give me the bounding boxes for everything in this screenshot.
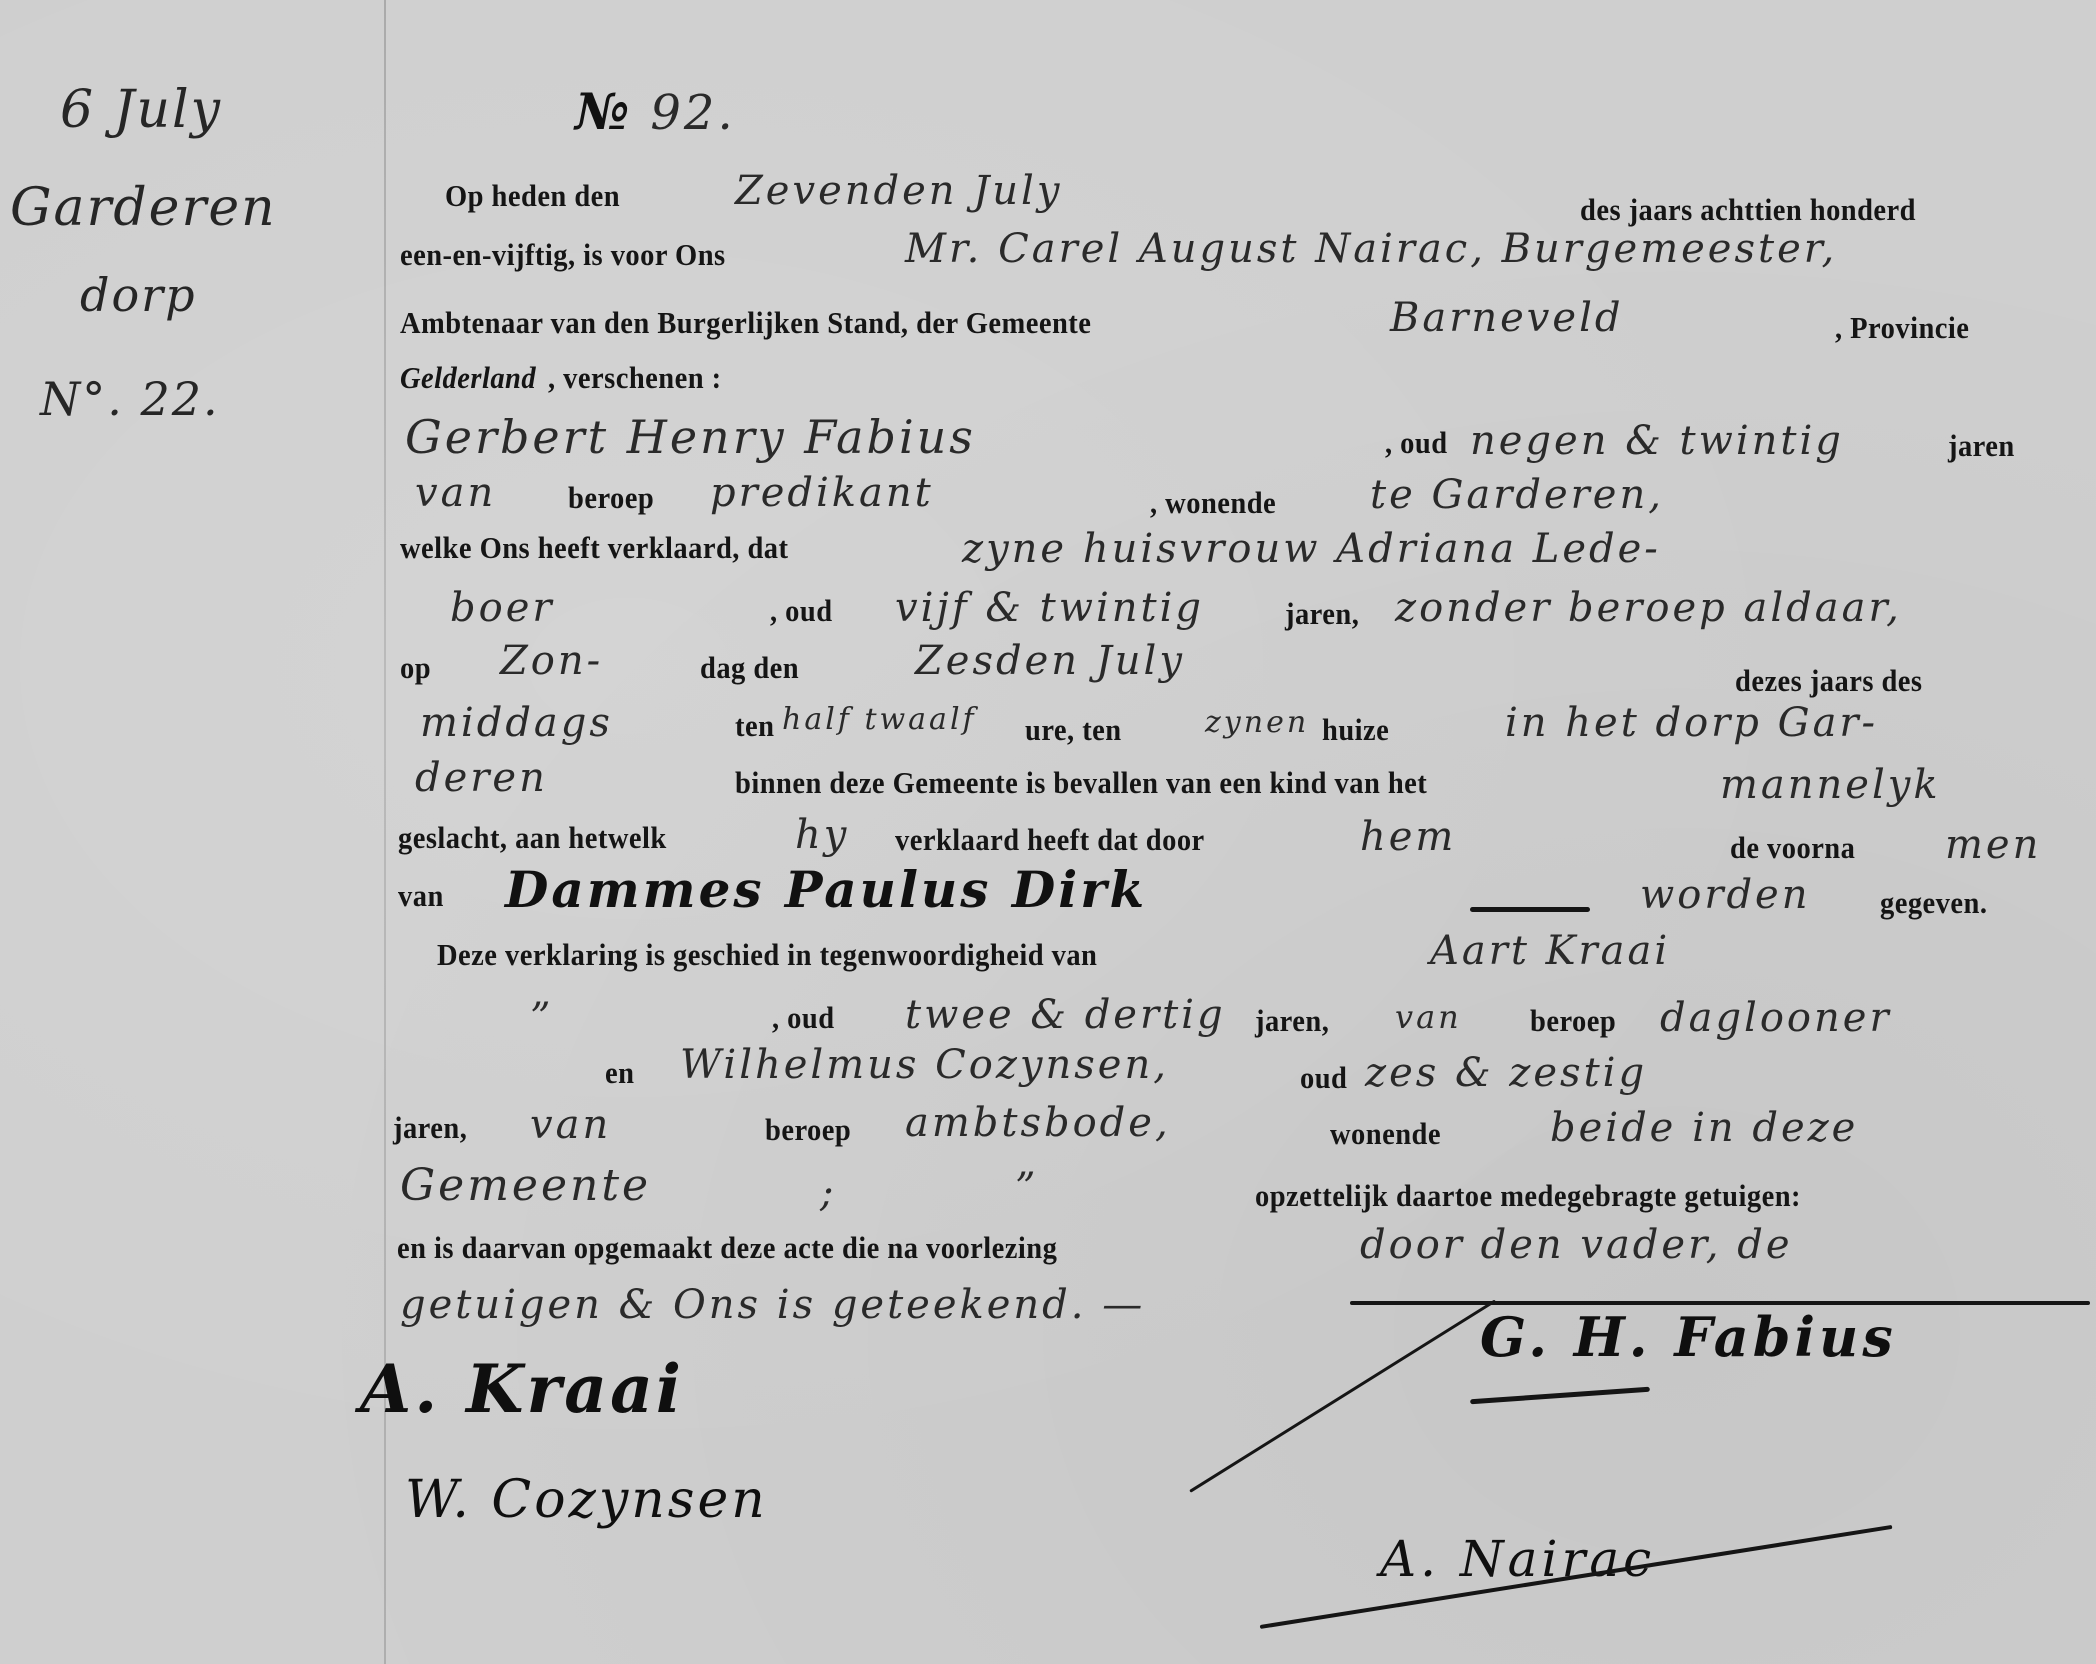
printed-text: dag den xyxy=(700,650,799,686)
hand-text: deren xyxy=(415,755,548,801)
hand-text: worden xyxy=(1640,872,1810,918)
hand-time-of-day: middags xyxy=(420,700,613,746)
hand-witness-1-age: twee & dertig xyxy=(905,992,1226,1038)
line-4: Gelderland, verschenen : xyxy=(400,360,737,396)
printed-text: huize xyxy=(1322,712,1389,748)
hand-birth-place: in het dorp Gar- xyxy=(1505,700,1878,746)
printed-text: binnen deze Gemeente is bevallen van een… xyxy=(735,765,1427,801)
printed-text: oud xyxy=(1300,1060,1347,1096)
signature-witness-2: W. Cozynsen xyxy=(405,1470,768,1530)
hand-weekday: Zon- xyxy=(500,638,603,684)
hand-text: van xyxy=(530,1102,611,1148)
printed-text: welke Ons heeft verklaard, dat xyxy=(400,530,788,566)
hand-witness-2-age: zes & zestig xyxy=(1365,1050,1647,1096)
line-1: Op heden den xyxy=(445,178,635,214)
hand-mother-occupation: zonder beroep aldaar, xyxy=(1395,585,1902,631)
hand-birth-date: Zesden July xyxy=(915,638,1185,684)
printed-text: jaren, xyxy=(1285,596,1359,632)
hand-text: boer xyxy=(450,585,554,631)
printed-text: geslacht, aan hetwelk xyxy=(398,820,667,856)
hand-father-name: Gerbert Henry Fabius xyxy=(405,410,976,464)
hand-text: van xyxy=(1395,998,1462,1036)
printed-text: , verschenen : xyxy=(548,360,722,396)
signature-registrar: A. Nairac xyxy=(1380,1530,1655,1588)
signature-flourish xyxy=(1470,1387,1650,1405)
margin-number: N°. 22. xyxy=(40,372,220,426)
printed-text: en xyxy=(605,1055,634,1091)
printed-text: ten xyxy=(735,708,774,744)
printed-text: de voorna xyxy=(1730,830,1855,866)
printed-text: op xyxy=(400,650,431,686)
printed-text: jaren, xyxy=(1255,1003,1329,1039)
margin-place-type: dorp xyxy=(80,268,197,322)
hand-ditto-mark: ” xyxy=(530,995,553,1041)
hand-profession: predikant xyxy=(710,470,934,516)
printed-text: wonende xyxy=(1330,1116,1441,1152)
printed-text: gegeven. xyxy=(1880,885,1987,921)
province-name: Gelderland xyxy=(400,360,536,396)
margin-place: Garderen xyxy=(10,178,277,238)
printed-text: , wonende xyxy=(1150,485,1276,521)
signature-flourish xyxy=(1189,1299,1496,1492)
printed-text: Ambtenaar van den Burgerlijken Stand, de… xyxy=(400,305,1091,341)
underline-stroke xyxy=(1470,907,1590,912)
printed-text: beroep xyxy=(568,480,654,516)
printed-text: , Provincie xyxy=(1835,310,1969,346)
hand-witness-2-profession: ambtsbode, xyxy=(905,1100,1171,1146)
printed-text: des jaars achttien honderd xyxy=(1580,192,1916,228)
hand-ditto-mark: ” xyxy=(1015,1165,1038,1211)
hand-text: Gemeente xyxy=(400,1160,651,1211)
printed-text: jaren, xyxy=(393,1110,467,1146)
hand-residence-witnesses: beide in deze xyxy=(1550,1105,1858,1151)
hand-sex: mannelyk xyxy=(1720,762,1941,808)
hand-text: van xyxy=(415,470,496,516)
hand-text: men xyxy=(1945,822,2041,868)
printed-text: van xyxy=(398,878,444,914)
printed-text: opzettelijk daartoe medegebragte getuige… xyxy=(1255,1178,1801,1214)
hand-signing-clause: door den vader, de xyxy=(1360,1222,1793,1268)
birth-certificate-page: 6 July Garderen dorp N°. 22. № 92. Op he… xyxy=(0,0,2096,1664)
hand-mother-age: vijf & twintig xyxy=(895,585,1204,631)
printed-text: jaren xyxy=(1948,428,2015,464)
hand-signing-clause-end: getuigen & Ons is geteekend. — xyxy=(400,1282,1145,1328)
act-number: № 92. xyxy=(575,82,736,141)
hand-residence: te Garderen, xyxy=(1370,472,1664,518)
margin-date: 6 July xyxy=(60,80,222,140)
hand-date-text: Zevenden July xyxy=(735,168,1062,214)
printed-text: verklaard heeft dat door xyxy=(895,822,1205,858)
signature-father: G. H. Fabius xyxy=(1480,1305,1897,1369)
hand-text: hy xyxy=(795,812,849,858)
act-number-value: 92. xyxy=(650,85,735,141)
printed-text: ure, ten xyxy=(1025,712,1122,748)
hand-witness-1: Aart Kraai xyxy=(1430,928,1670,974)
hand-municipality: Barneveld xyxy=(1390,295,1623,341)
printed-text: , oud xyxy=(772,1000,835,1036)
printed-text: beroep xyxy=(1530,1003,1616,1039)
printed-text: Deze verklaring is geschied in tegenwoor… xyxy=(437,937,1097,973)
hand-age: negen & twintig xyxy=(1470,418,1844,464)
printed-text: en is daarvan opgemaakt deze acte die na… xyxy=(397,1230,1057,1266)
signature-witness-1: A. Kraai xyxy=(360,1350,684,1428)
hand-witness-2: Wilhelmus Cozynsen, xyxy=(680,1042,1169,1088)
printed-text: Op heden den xyxy=(445,178,620,214)
hand-mother-name: zyne huisvrouw Adriana Lede- xyxy=(962,526,1661,572)
act-number-label: № xyxy=(575,82,632,141)
printed-text: een-en-vijftig, is voor Ons xyxy=(400,237,726,273)
hand-official-name: Mr. Carel August Nairac, Burgemeester, xyxy=(905,226,1837,272)
hand-witness-1-profession: daglooner xyxy=(1660,995,1892,1041)
hand-child-name: Dammes Paulus Dirk xyxy=(505,860,1147,919)
printed-text: beroep xyxy=(765,1112,851,1148)
hand-text: zynen xyxy=(1205,705,1309,740)
printed-text: , oud xyxy=(770,593,833,629)
hand-hour: half twaalf xyxy=(782,702,977,737)
printed-text: dezes jaars des xyxy=(1735,663,1922,699)
hand-text: hem xyxy=(1360,814,1456,860)
hand-punctuation: ; xyxy=(820,1170,836,1216)
printed-text: , oud xyxy=(1385,425,1448,461)
